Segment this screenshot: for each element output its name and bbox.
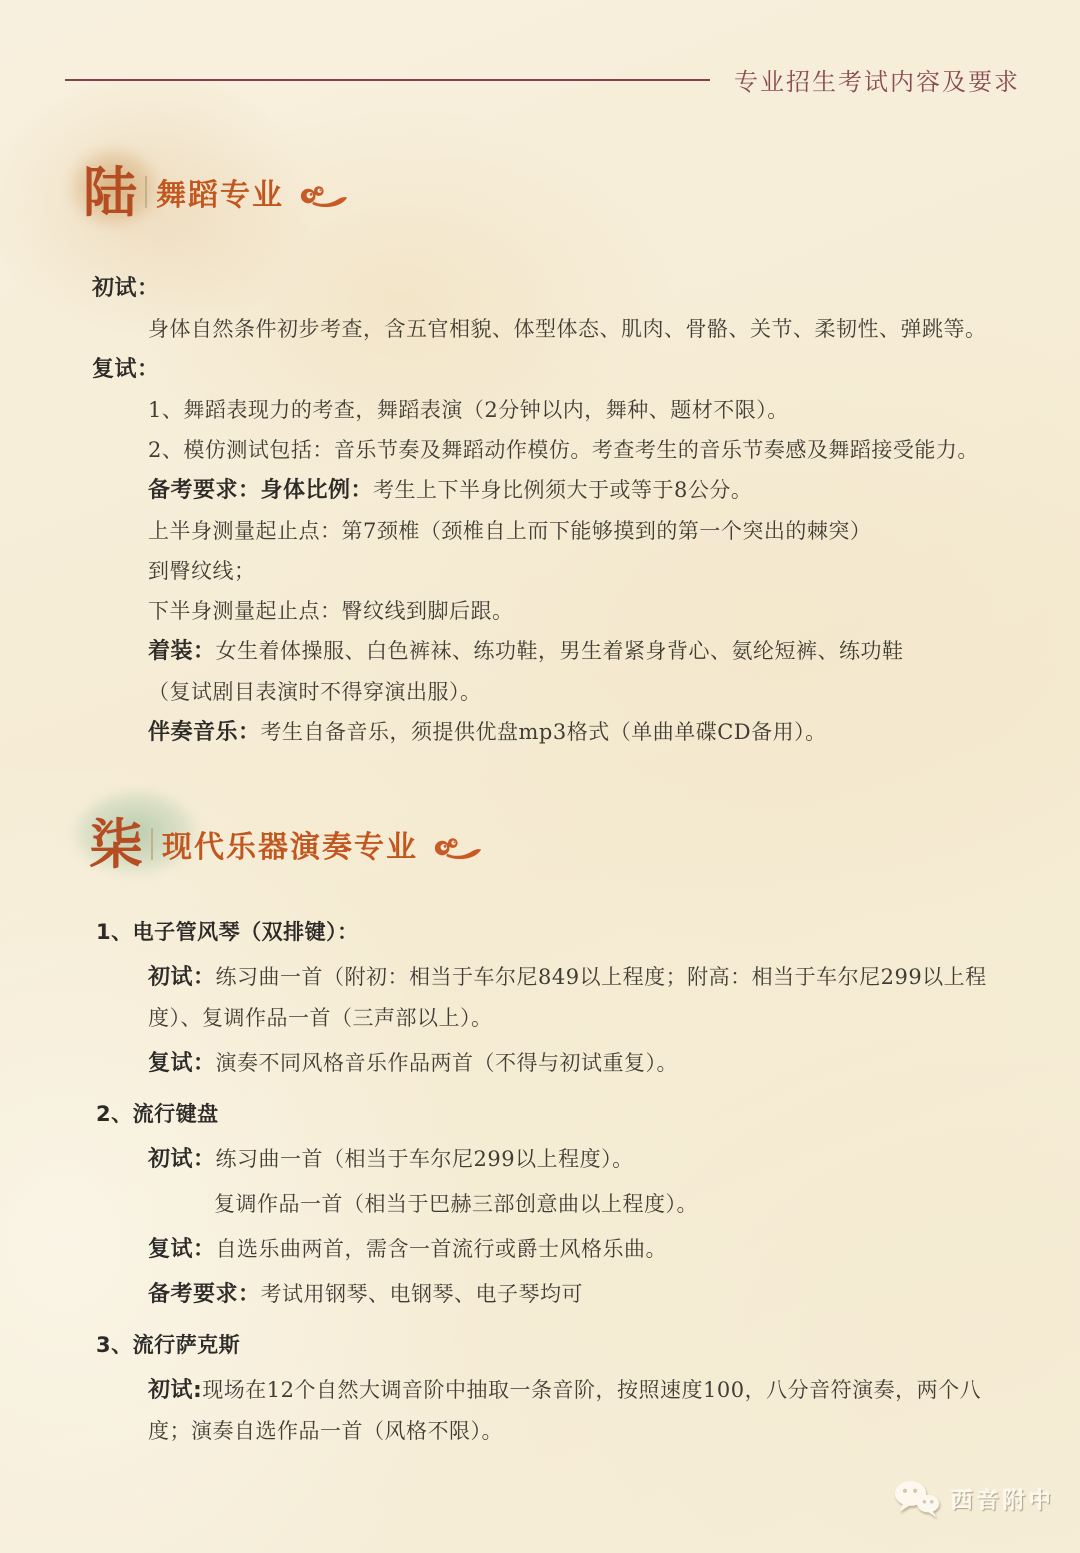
- text-line: 上半身测量起止点：第7颈椎（颈椎自上而下能够摸到的第一个突出的棘突）: [92, 511, 994, 551]
- section-header-divider: [145, 176, 147, 208]
- text-line: 复试：自选乐曲两首，需含一首流行或爵士风格乐曲。: [96, 1229, 996, 1270]
- round-label: 复试：: [148, 1237, 216, 1262]
- exam-round-label: 复试：: [92, 349, 994, 390]
- section-seven-title: 现代乐器演奏专业: [162, 822, 418, 866]
- page-header-title: 专业招生考试内容及要求: [734, 62, 1020, 97]
- section-seven-number: 柒: [89, 817, 143, 871]
- item-heading: 3、流行萨克斯: [96, 1325, 996, 1366]
- item-heading: 2、流行键盘: [96, 1094, 996, 1135]
- text-line: 复调作品一首（相当于巴赫三部创意曲以上程度）。: [96, 1184, 996, 1225]
- text-line: （复试剧目表演时不得穿演出服）。: [92, 672, 994, 712]
- text-line: 1、舞蹈表现力的考查，舞蹈表演（2分钟以内，舞种、题材不限）。: [92, 390, 994, 430]
- text-line: 初试：练习曲一首（附初：相当于车尔尼849以上程度；附高：相当于车尔尼299以上…: [96, 957, 996, 1039]
- section-six-number: 陆: [83, 165, 137, 219]
- line-label: 着装：: [148, 639, 216, 664]
- text-line: 备考要求：身体比例：考生上下半身比例须大于或等于8公分。: [92, 470, 994, 511]
- watermark: 西音附中: [893, 1478, 1055, 1520]
- round-label: 初试:: [148, 1378, 202, 1403]
- section-seven-content: 1、电子管风琴（双排键）： 初试：练习曲一首（附初：相当于车尔尼849以上程度；…: [96, 912, 996, 1452]
- round-label: 初试：: [148, 1147, 216, 1172]
- round-label: 复试：: [92, 357, 160, 382]
- section-six-title: 舞蹈专业: [156, 170, 284, 214]
- page-header: 专业招生考试内容及要求: [65, 62, 1020, 97]
- text-line: 伴奏音乐：考生自备音乐，须提供优盘mp3格式（单曲单碟CD备用）。: [92, 712, 994, 753]
- text-line: 到臀纹线；: [92, 551, 994, 591]
- text-line: 初试：练习曲一首（相当于车尔尼299以上程度）。: [96, 1139, 996, 1180]
- document-page: 专业招生考试内容及要求 陆 舞蹈专业 初试： 身体自然条件初步考查，含五官相貌、…: [0, 0, 1080, 1553]
- wechat-icon: [893, 1478, 941, 1520]
- exam-round-label: 初试：: [92, 268, 994, 309]
- text-line: 身体自然条件初步考查，含五官相貌、体型体态、肌肉、骨骼、关节、柔韧性、弹跳等。: [92, 309, 994, 349]
- header-rule: [65, 79, 710, 81]
- text-line: 下半身测量起止点：臀纹线到脚后跟。: [92, 591, 994, 631]
- round-label: 初试：: [148, 965, 216, 990]
- section-seven-header: 柒 现代乐器演奏专业: [65, 800, 482, 888]
- text-line: 着装：女生着体操服、白色裤袜、练功鞋，男生着紧身背心、氨纶短裤、练功鞋: [92, 631, 994, 672]
- text-line: 初试:现场在12个自然大调音阶中抽取一条音阶，按照速度100，八分音符演奏，两个…: [96, 1370, 996, 1452]
- item-heading: 1、电子管风琴（双排键）：: [96, 912, 996, 953]
- watermark-label: 西音附中: [951, 1484, 1055, 1515]
- cloud-icon: [296, 182, 348, 210]
- section-header-divider: [151, 828, 153, 860]
- text-line: 2、模仿测试包括：音乐节奏及舞蹈动作模仿。考查考生的音乐节奏感及舞蹈接受能力。: [92, 430, 994, 470]
- line-label: 备考要求：: [148, 1282, 261, 1307]
- round-label: 初试：: [92, 276, 160, 301]
- line-label: 伴奏音乐：: [148, 720, 261, 745]
- line-label: 备考要求：身体比例：: [148, 478, 373, 503]
- section-six-content: 初试： 身体自然条件初步考查，含五官相貌、体型体态、肌肉、骨骼、关节、柔韧性、弹…: [92, 268, 994, 753]
- round-label: 复试：: [148, 1051, 216, 1076]
- cloud-icon: [430, 834, 482, 862]
- text-line: 备考要求：考试用钢琴、电钢琴、电子琴均可: [96, 1274, 996, 1315]
- text-line: 复试：演奏不同风格音乐作品两首（不得与初试重复）。: [96, 1043, 996, 1084]
- section-six-header: 陆 舞蹈专业: [65, 150, 348, 234]
